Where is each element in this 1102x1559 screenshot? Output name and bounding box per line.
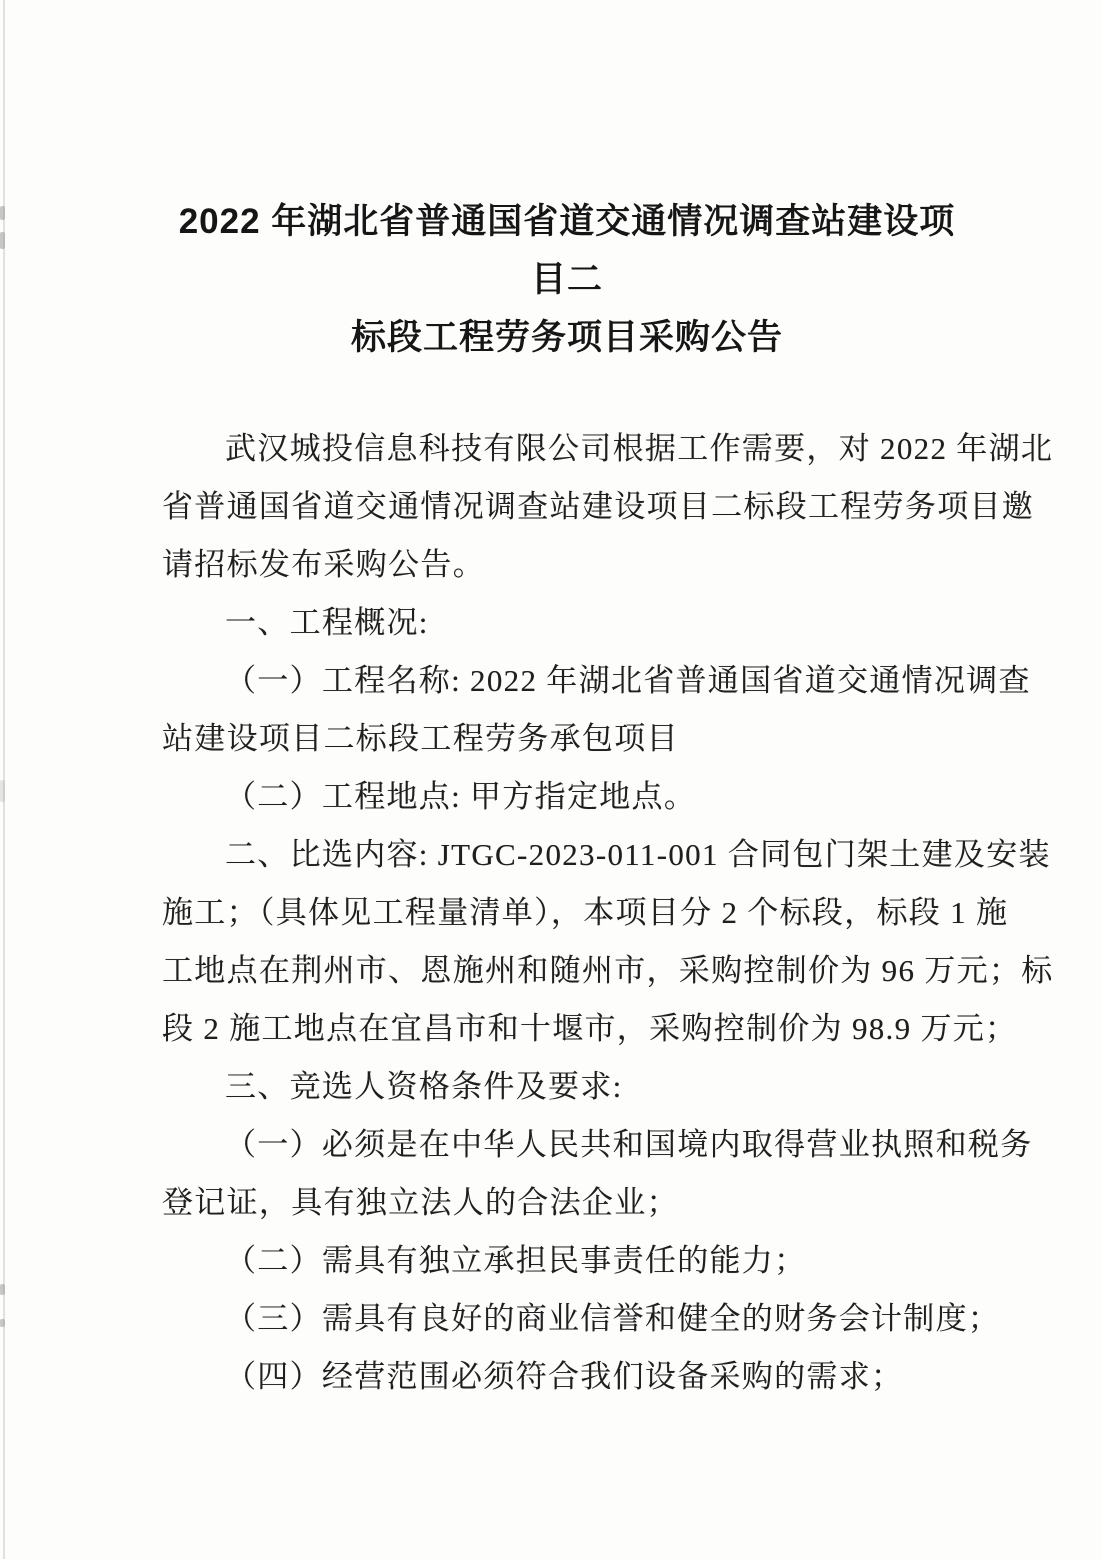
title-line-1: 2022 年湖北省普通国省道交通情况调查站建设项目二 [178,193,956,309]
body-line-12: 三、竞选人资格条件及要求: [162,1058,940,1116]
scan-artifact-tick [0,1319,5,1327]
body-line-17: （四）经营范围必须符合我们设备采购的需求； [162,1348,940,1406]
body-line-4: 一、工程概况: [162,594,940,652]
scan-artifact-tick [0,232,5,249]
body-line-3: 请招标发布采购公告。 [162,536,940,594]
scan-artifact-tick [0,780,5,802]
body-line-13: （一）必须是在中华人民共和国境内取得营业执照和税务 [162,1116,940,1174]
body-line-7: （二）工程地点: 甲方指定地点。 [162,768,940,826]
body-line-2: 省普通国省道交通情况调查站建设项目二标段工程劳务项目邀 [162,478,940,536]
document-page: 2022 年湖北省普通国省道交通情况调查站建设项目二 标段工程劳务项目采购公告 … [0,0,1102,1559]
body-line-14: 登记证，具有独立法人的合法企业； [162,1174,940,1232]
body-line-1: 武汉城投信息科技有限公司根据工作需要，对 2022 年湖北 [162,420,940,478]
body-line-16: （三）需具有良好的商业信誉和健全的财务会计制度； [162,1290,940,1348]
body-line-9: 施工；（具体见工程量清单），本项目分 2 个标段，标段 1 施 [162,884,940,942]
title-line-2: 标段工程劳务项目采购公告 [178,309,956,367]
body-line-5: （一）工程名称: 2022 年湖北省普通国省道交通情况调查 [162,652,940,710]
scan-artifact-tick [0,206,5,220]
body-line-15: （二）需具有独立承担民事责任的能力； [162,1232,940,1290]
body-line-10: 工地点在荆州市、恩施州和随州市，采购控制价为 96 万元；标 [162,942,940,1000]
scan-artifact-tick [0,1284,5,1295]
document-content: 2022 年湖北省普通国省道交通情况调查站建设项目二 标段工程劳务项目采购公告 … [162,193,940,1406]
document-body: 武汉城投信息科技有限公司根据工作需要，对 2022 年湖北 省普通国省道交通情况… [162,420,940,1406]
body-line-6: 站建设项目二标段工程劳务承包项目 [162,710,940,768]
body-line-11: 段 2 施工地点在宜昌市和十堰市，采购控制价为 98.9 万元； [162,1000,940,1058]
document-title: 2022 年湖北省普通国省道交通情况调查站建设项目二 标段工程劳务项目采购公告 [178,193,956,367]
body-line-8: 二、比选内容: JTGC-2023-011-001 合同包门架土建及安装 [162,826,940,884]
